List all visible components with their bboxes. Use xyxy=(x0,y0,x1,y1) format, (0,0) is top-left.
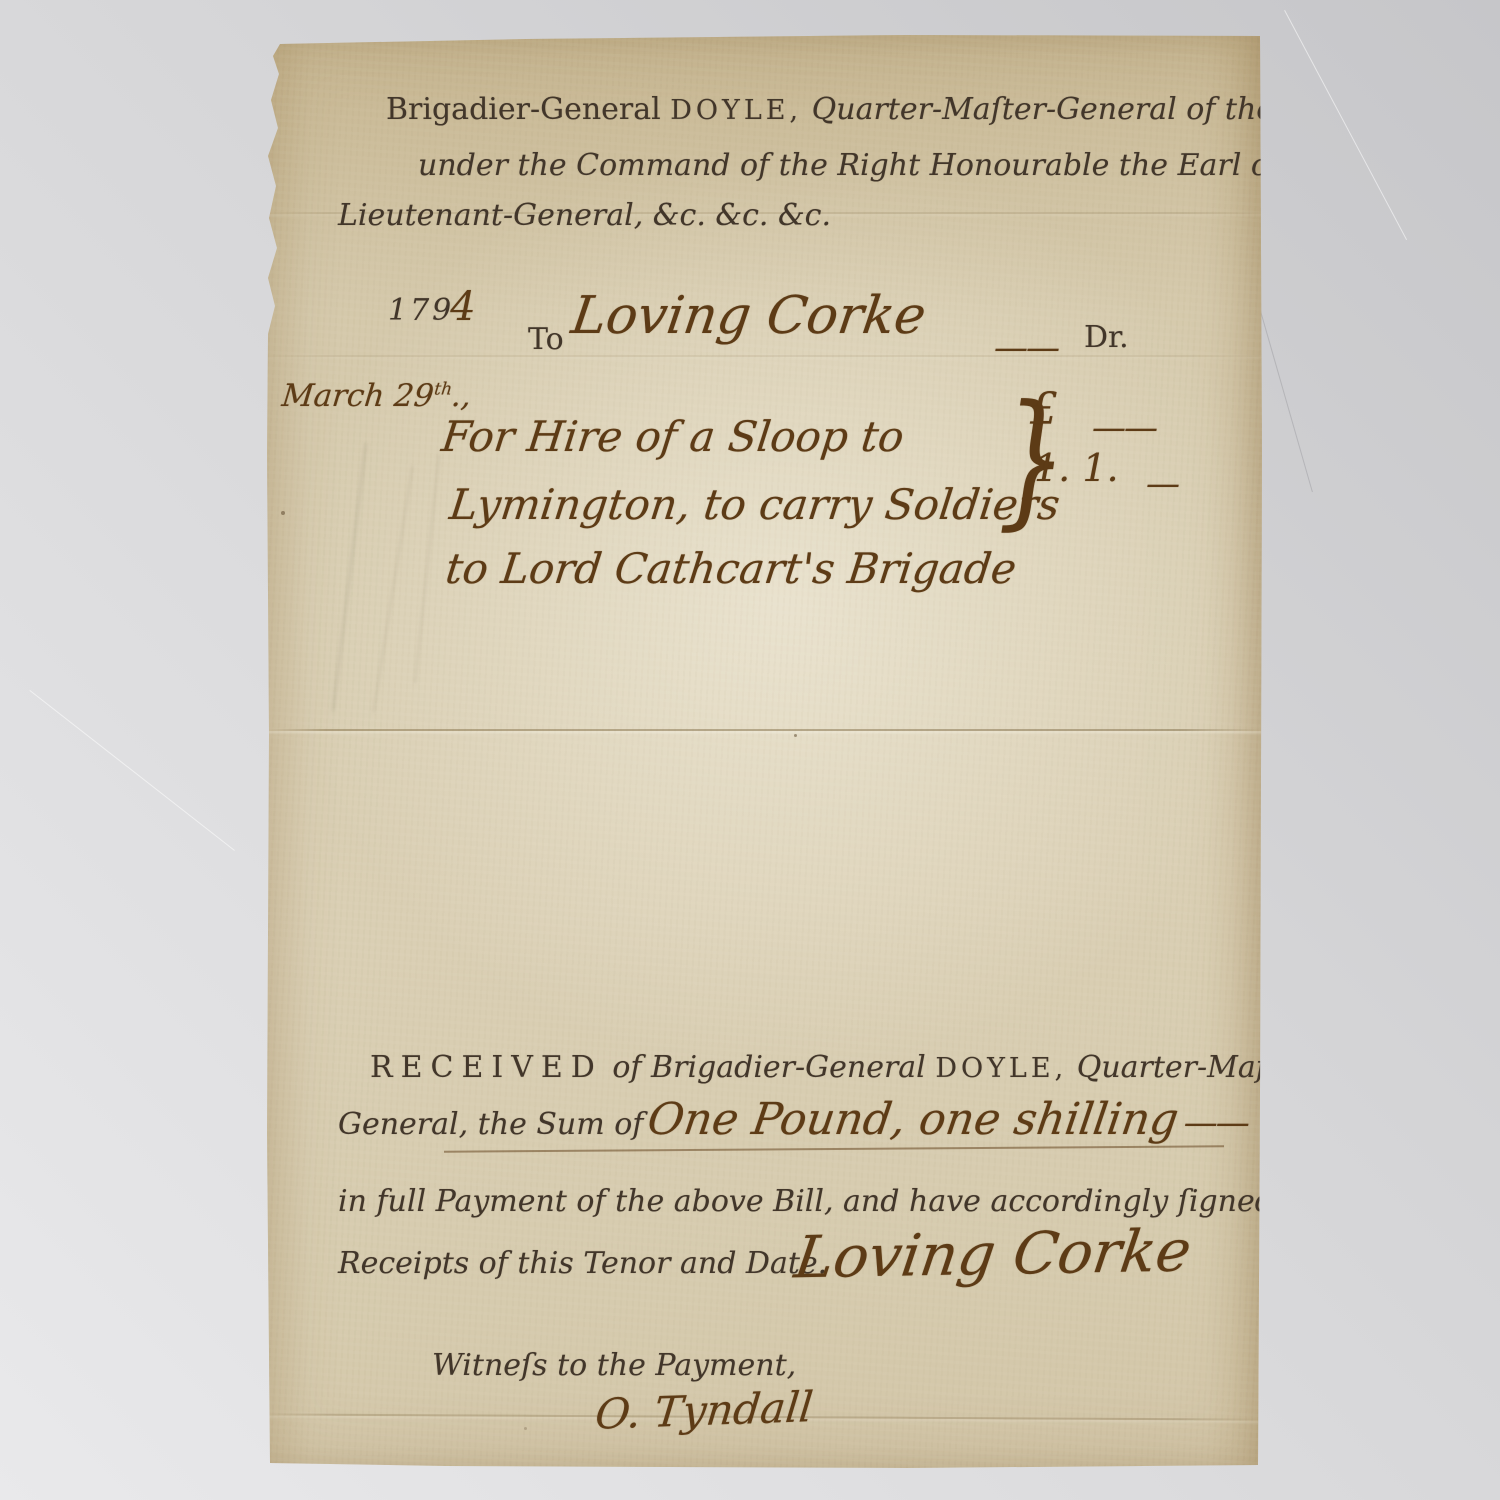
received-tail: Quarter-Maſter- xyxy=(1077,1050,1321,1085)
bill-item-line-1: For Hire of a Sloop to xyxy=(439,412,907,461)
bill-item-line-3: to Lord Cathcart's Brigade xyxy=(443,544,1019,593)
bill-date-text: March 29 xyxy=(280,378,435,414)
witness-label: Witneſs to the Payment, xyxy=(432,1348,796,1383)
paper-speck xyxy=(794,734,797,737)
surface-scratch xyxy=(29,690,234,851)
bill-date-punct: ., xyxy=(450,378,474,414)
bill-payee-dash: —— xyxy=(994,328,1058,368)
ink-showthrough xyxy=(414,455,440,684)
letterhead-name-moira: MOIRA, xyxy=(1290,151,1423,182)
photo-scene: { "colors": { "surface_background": "#d6… xyxy=(0,0,1500,1500)
letterhead-command: under the Command of the Right Honourabl… xyxy=(418,148,1280,183)
receipt-document: Brigadier-General DOYLE, Quarter-Maſter-… xyxy=(266,34,1262,1468)
sum-line: General, the Sum of One Pound, one shill… xyxy=(338,1094,1248,1145)
witness-signature: O. Tyndall xyxy=(593,1382,815,1439)
amount-value: 1. 1. xyxy=(1034,446,1119,490)
sum-label: General, the Sum of xyxy=(338,1107,643,1142)
letterhead-line-3: Lieutenant-General, &c. &c. &c. xyxy=(338,198,831,233)
sum-underline-flourish xyxy=(444,1145,1224,1152)
amount-pound-sign: £ xyxy=(1030,384,1058,435)
surface-scratch xyxy=(1284,10,1407,240)
paper-speck xyxy=(281,511,285,515)
sum-dash: —— xyxy=(1184,1103,1248,1143)
ink-showthrough xyxy=(332,443,368,711)
bill-to-label: To xyxy=(528,322,564,357)
bill-dr-label: Dr. xyxy=(1084,320,1129,355)
letterhead-prefix: Brigadier-General xyxy=(386,92,661,127)
bill-date-ordinal: th xyxy=(433,380,453,400)
ink-showthrough xyxy=(372,465,413,712)
surface-scratch xyxy=(1254,290,1313,492)
letterhead-name-doyle: DOYLE, xyxy=(670,95,802,126)
received-line: RECEIVED of Brigadier-General DOYLE, Qua… xyxy=(370,1050,1321,1085)
payee-signature: Loving Corke xyxy=(791,1217,1196,1292)
paper-speck xyxy=(524,1427,527,1430)
sum-value-script: One Pound, one shilling xyxy=(645,1094,1182,1145)
bill-payee-script: Loving Corke xyxy=(568,286,930,346)
amount-pound-dash: —— xyxy=(1092,408,1156,448)
bill-year: 1794 xyxy=(388,284,476,330)
received-mid: of Brigadier-General xyxy=(612,1050,925,1085)
letterhead-line-2: under the Command of the Right Honourabl… xyxy=(418,148,1422,183)
letterhead-title: Quarter-Maſter-General of the Army xyxy=(812,92,1365,127)
letterhead-line-1: Brigadier-General DOYLE, Quarter-Maſter-… xyxy=(386,92,1365,127)
bill-item-line-2: Lymington, to carry Soldiers xyxy=(447,480,1063,529)
fold-crease-middle xyxy=(266,729,1262,731)
payment-line-1: in full Payment of the above Bill, and h… xyxy=(338,1184,1365,1219)
received-word: RECEIVED xyxy=(370,1050,603,1085)
bill-year-hand-digit: 4 xyxy=(450,284,475,330)
payment-line-2: Receipts of this Tenor and Date. xyxy=(338,1246,827,1281)
received-name-doyle: DOYLE, xyxy=(935,1053,1067,1084)
fold-crease-upper xyxy=(266,355,1262,357)
amount-dash: — xyxy=(1146,464,1178,504)
bill-year-printed: 179 xyxy=(388,293,454,328)
bill-date-script: March 29th., xyxy=(280,378,473,414)
